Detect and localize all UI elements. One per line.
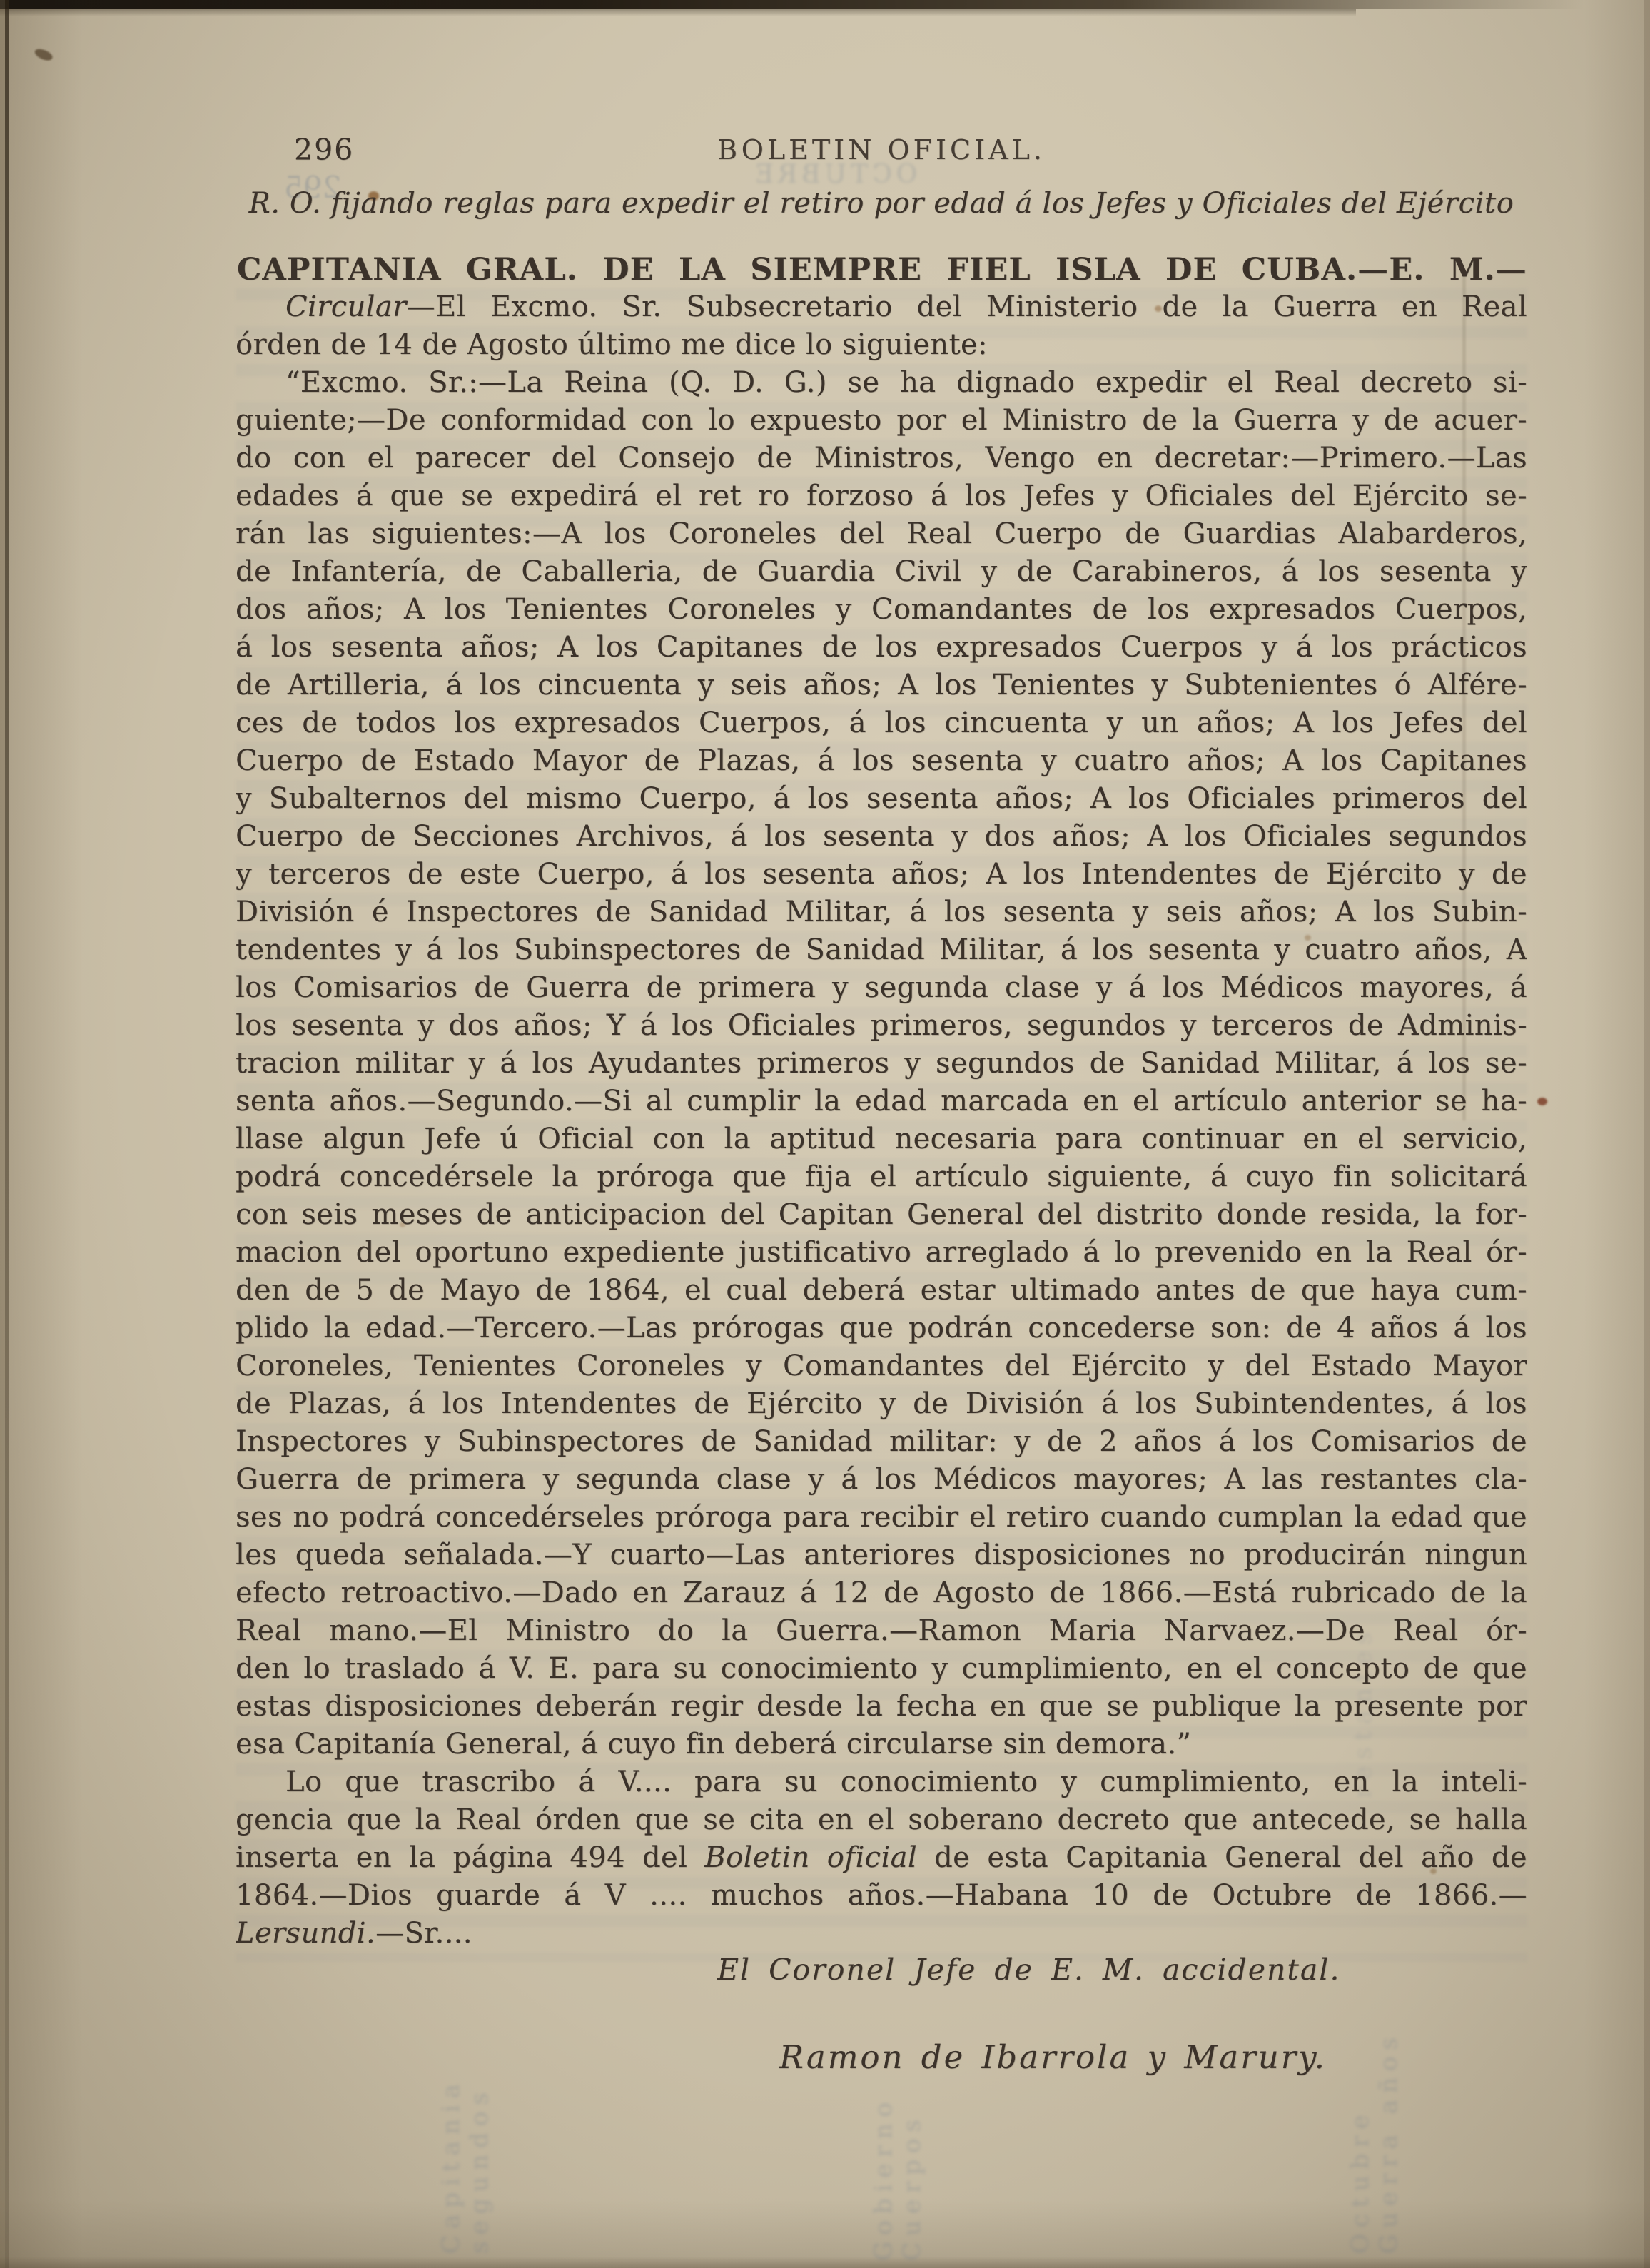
text-line: Circular—El Excmo. Sr. Subsecretario del… [236, 288, 1527, 326]
text-line: los sesenta y dos años; Y á los Oficiale… [236, 1007, 1527, 1045]
text-line: den lo traslado á V. E. para su conocimi… [236, 1650, 1527, 1688]
ink-speck [33, 46, 54, 64]
body-text: Circular—El Excmo. Sr. Subsecretario del… [236, 288, 1527, 1953]
text-line: Cuerpo de Estado Mayor de Plazas, á los … [236, 742, 1527, 780]
text-line: dos años; A los Tenientes Coroneles y Co… [236, 591, 1527, 629]
text-line: División é Inspectores de Sanidad Milita… [236, 893, 1527, 931]
foxing-spot [1537, 1098, 1547, 1105]
bleed-through-column: Capitania segundos [437, 2004, 494, 2254]
bleed-through-column: Octubre Guerra años [1346, 1975, 1403, 2254]
paragraph: “Excmo. Sr.:—La Reina (Q. D. G.) se ha d… [236, 364, 1527, 1763]
text-line: gencia que la Real órden que se cita en … [236, 1801, 1527, 1839]
paragraph: Circular—El Excmo. Sr. Subsecretario del… [236, 288, 1527, 364]
paragraph: Lo que trascribo á V.... para su conocim… [236, 1763, 1527, 1953]
text-line: de Infantería, de Caballeria, de Guardia… [236, 553, 1527, 591]
text-line: efecto retroactivo.—Dado en Zarauz á 12 … [236, 1574, 1527, 1612]
text-line: Cuerpo de Secciones Archivos, á los sese… [236, 818, 1527, 856]
text-line: y Subalternos del mismo Cuerpo, á los se… [236, 780, 1527, 818]
bleed-through-column: Gobierno Cuerpos [869, 1997, 926, 2261]
text-line: Lersundi.—Sr.... [236, 1915, 1527, 1953]
text-line: les queda señalada.—Y cuarto—Las anterio… [236, 1537, 1527, 1574]
text-line: con seis meses de anticipacion del Capit… [236, 1196, 1527, 1234]
text-line: “Excmo. Sr.:—La Reina (Q. D. G.) se ha d… [236, 364, 1527, 402]
scan-left-margin [0, 0, 5, 2268]
text-line: los Comisarios de Guerra de primera y se… [236, 969, 1527, 1007]
text-line: á los sesenta años; A los Capitanes de l… [236, 629, 1527, 667]
text-line: Coroneles, Tenientes Coroneles y Comanda… [236, 1347, 1527, 1385]
text-line: estas disposiciones deberán regir desde … [236, 1688, 1527, 1726]
scanned-page: 295 OCTUBRE Capitania segundos Gobierno … [0, 0, 1650, 2268]
scan-top-edge [0, 0, 1650, 9]
text-line: Guerra de primera y segunda clase y á lo… [236, 1461, 1527, 1499]
section-heading: CAPITANIA GRAL. DE LA SIEMPRE FIEL ISLA … [237, 250, 1527, 291]
text-line: macion del oportuno expediente justifica… [236, 1234, 1527, 1272]
signature: Ramon de Ibarrola y Marury. [779, 2038, 1327, 2076]
text-line: do con el parecer del Consejo de Ministr… [236, 440, 1527, 477]
text-line: den de 5 de Mayo de 1864, el cual deberá… [236, 1272, 1527, 1310]
scan-top-edge-shadow [0, 9, 1356, 16]
text-line: tendentes y á los Subinspectores de Sani… [236, 931, 1527, 969]
text-line: de Plazas, á los Intendentes de Ejército… [236, 1385, 1527, 1423]
text-line: y terceros de este Cuerpo, á los sesenta… [236, 856, 1527, 893]
text-line: guiente;—De conformidad con lo expuesto … [236, 402, 1527, 440]
running-head: BOLETIN OFICIAL. [236, 134, 1527, 166]
text-line: Lo que trascribo á V.... para su conocim… [236, 1763, 1527, 1801]
text-line: tracion militar y á los Ayudantes primer… [236, 1045, 1527, 1083]
text-line: de Artilleria, á los cincuenta y seis añ… [236, 667, 1527, 704]
text-line: inserta en la página 494 del Boletin ofi… [236, 1839, 1527, 1877]
scan-left-edge [5, 0, 9, 2268]
text-line: Inspectores y Subinspectores de Sanidad … [236, 1423, 1527, 1461]
text-line: podrá concedérsele la próroga que fija e… [236, 1158, 1527, 1196]
text-line: plido la edad.—Tercero.—Las prórogas que… [236, 1310, 1527, 1347]
text-line: llase algun Jefe ú Oficial con la aptitu… [236, 1120, 1527, 1158]
text-line: ces de todos los expresados Cuerpos, á l… [236, 704, 1527, 742]
head-note: R. O. fijando reglas para expedir el ret… [236, 187, 1527, 220]
text-line: rán las siguientes:—A los Coroneles del … [236, 515, 1527, 553]
text-line: senta años.—Segundo.—Si al cumplir la ed… [236, 1083, 1527, 1120]
text-line: edades á que se expedirá el ret ro forzo… [236, 477, 1527, 515]
text-line: 1864.—Dios guarde á V .... muchos años.—… [236, 1877, 1527, 1915]
closing-role-line: El Coronel Jefe de E. M. accidental. [717, 1953, 1340, 1987]
scan-right-edge [1644, 0, 1650, 2268]
text-line: Real mano.—El Ministro do la Guerra.—Ram… [236, 1612, 1527, 1650]
scan-bottom-edge [0, 2257, 1650, 2268]
text-line: ses no podrá concedérseles próroga para … [236, 1499, 1527, 1537]
text-line: esa Capitanía General, á cuyo fin deberá… [236, 1726, 1527, 1763]
text-line: órden de 14 de Agosto último me dice lo … [236, 326, 1527, 364]
